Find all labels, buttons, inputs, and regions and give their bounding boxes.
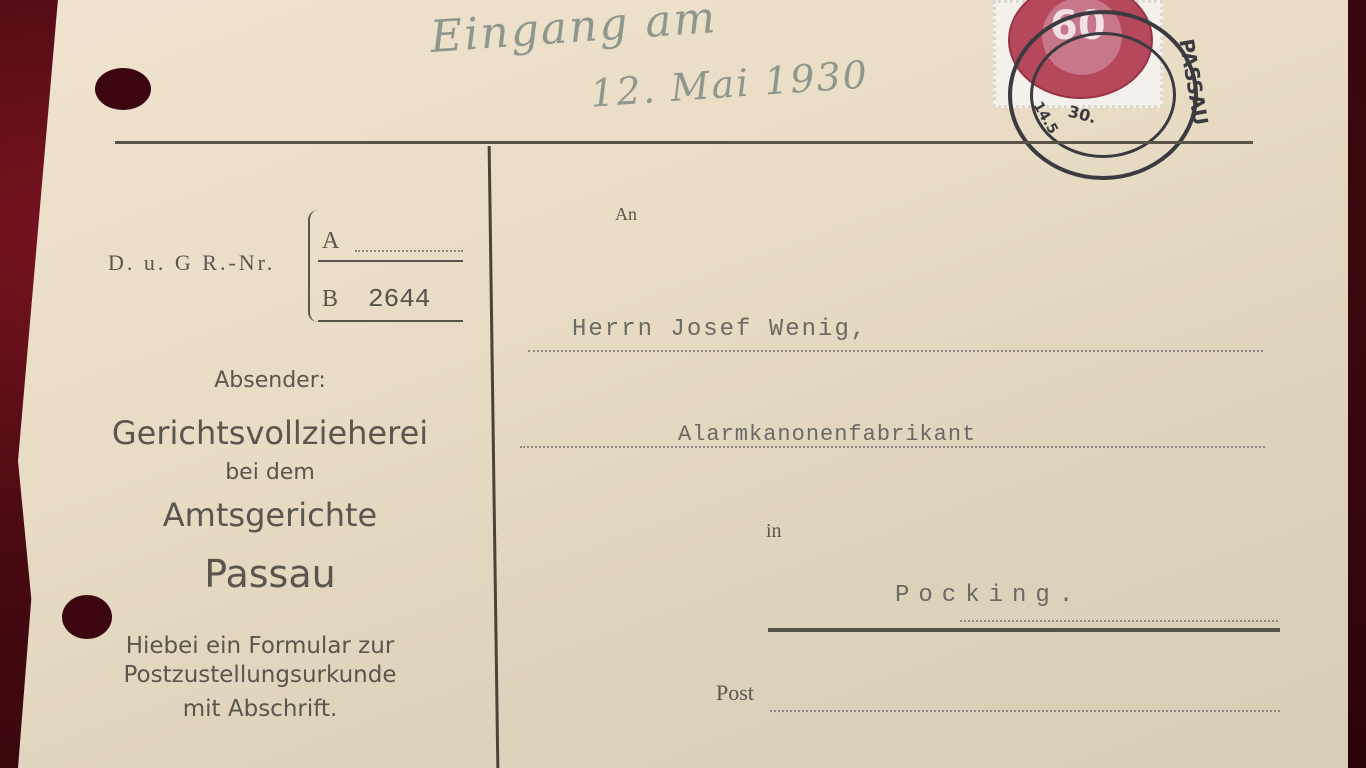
recipient-occupation-line — [520, 446, 1265, 448]
sender-enclosure-2: Postzustellungsurkunde — [50, 662, 470, 688]
recipient-town-line — [768, 628, 1280, 632]
recipient-town-dots — [960, 620, 1278, 622]
torn-hole-top — [95, 68, 151, 110]
reference-a-line — [318, 260, 463, 262]
reference-label: D. u. G R.-Nr. — [108, 250, 275, 276]
reference-b-line — [318, 320, 463, 322]
sender-office: Gerichtsvollzieherei — [60, 414, 480, 452]
sender-city: Passau — [60, 552, 480, 596]
recipient-town: Pocking. — [895, 582, 1082, 609]
sender-heading: Absender: — [60, 368, 480, 393]
recipient-name-line — [528, 350, 1263, 352]
recipient-occupation: Alarmkanonenfabrikant — [678, 422, 976, 447]
sender-enclosure-3: mit Abschrift. — [50, 696, 470, 722]
reference-a-label: A — [322, 228, 339, 255]
reference-b-value: 2644 — [368, 284, 430, 314]
recipient-in-label: in — [766, 520, 782, 543]
recipient-to-label: An — [615, 204, 637, 225]
sender-enclosure-1: Hiebei ein Formular zur — [50, 633, 470, 659]
sender-court: Amtsgerichte — [60, 496, 480, 534]
sender-connector: bei dem — [60, 460, 480, 485]
recipient-post-label: Post — [716, 680, 754, 706]
reference-b-label: B — [322, 286, 338, 313]
postmark-inner-ring — [1030, 32, 1176, 158]
header-divider — [115, 141, 1253, 144]
recipient-post-line — [770, 710, 1280, 712]
reference-bracket — [308, 210, 320, 322]
reference-a-dots — [355, 250, 463, 252]
recipient-name: Herrn Josef Wenig, — [572, 316, 867, 343]
